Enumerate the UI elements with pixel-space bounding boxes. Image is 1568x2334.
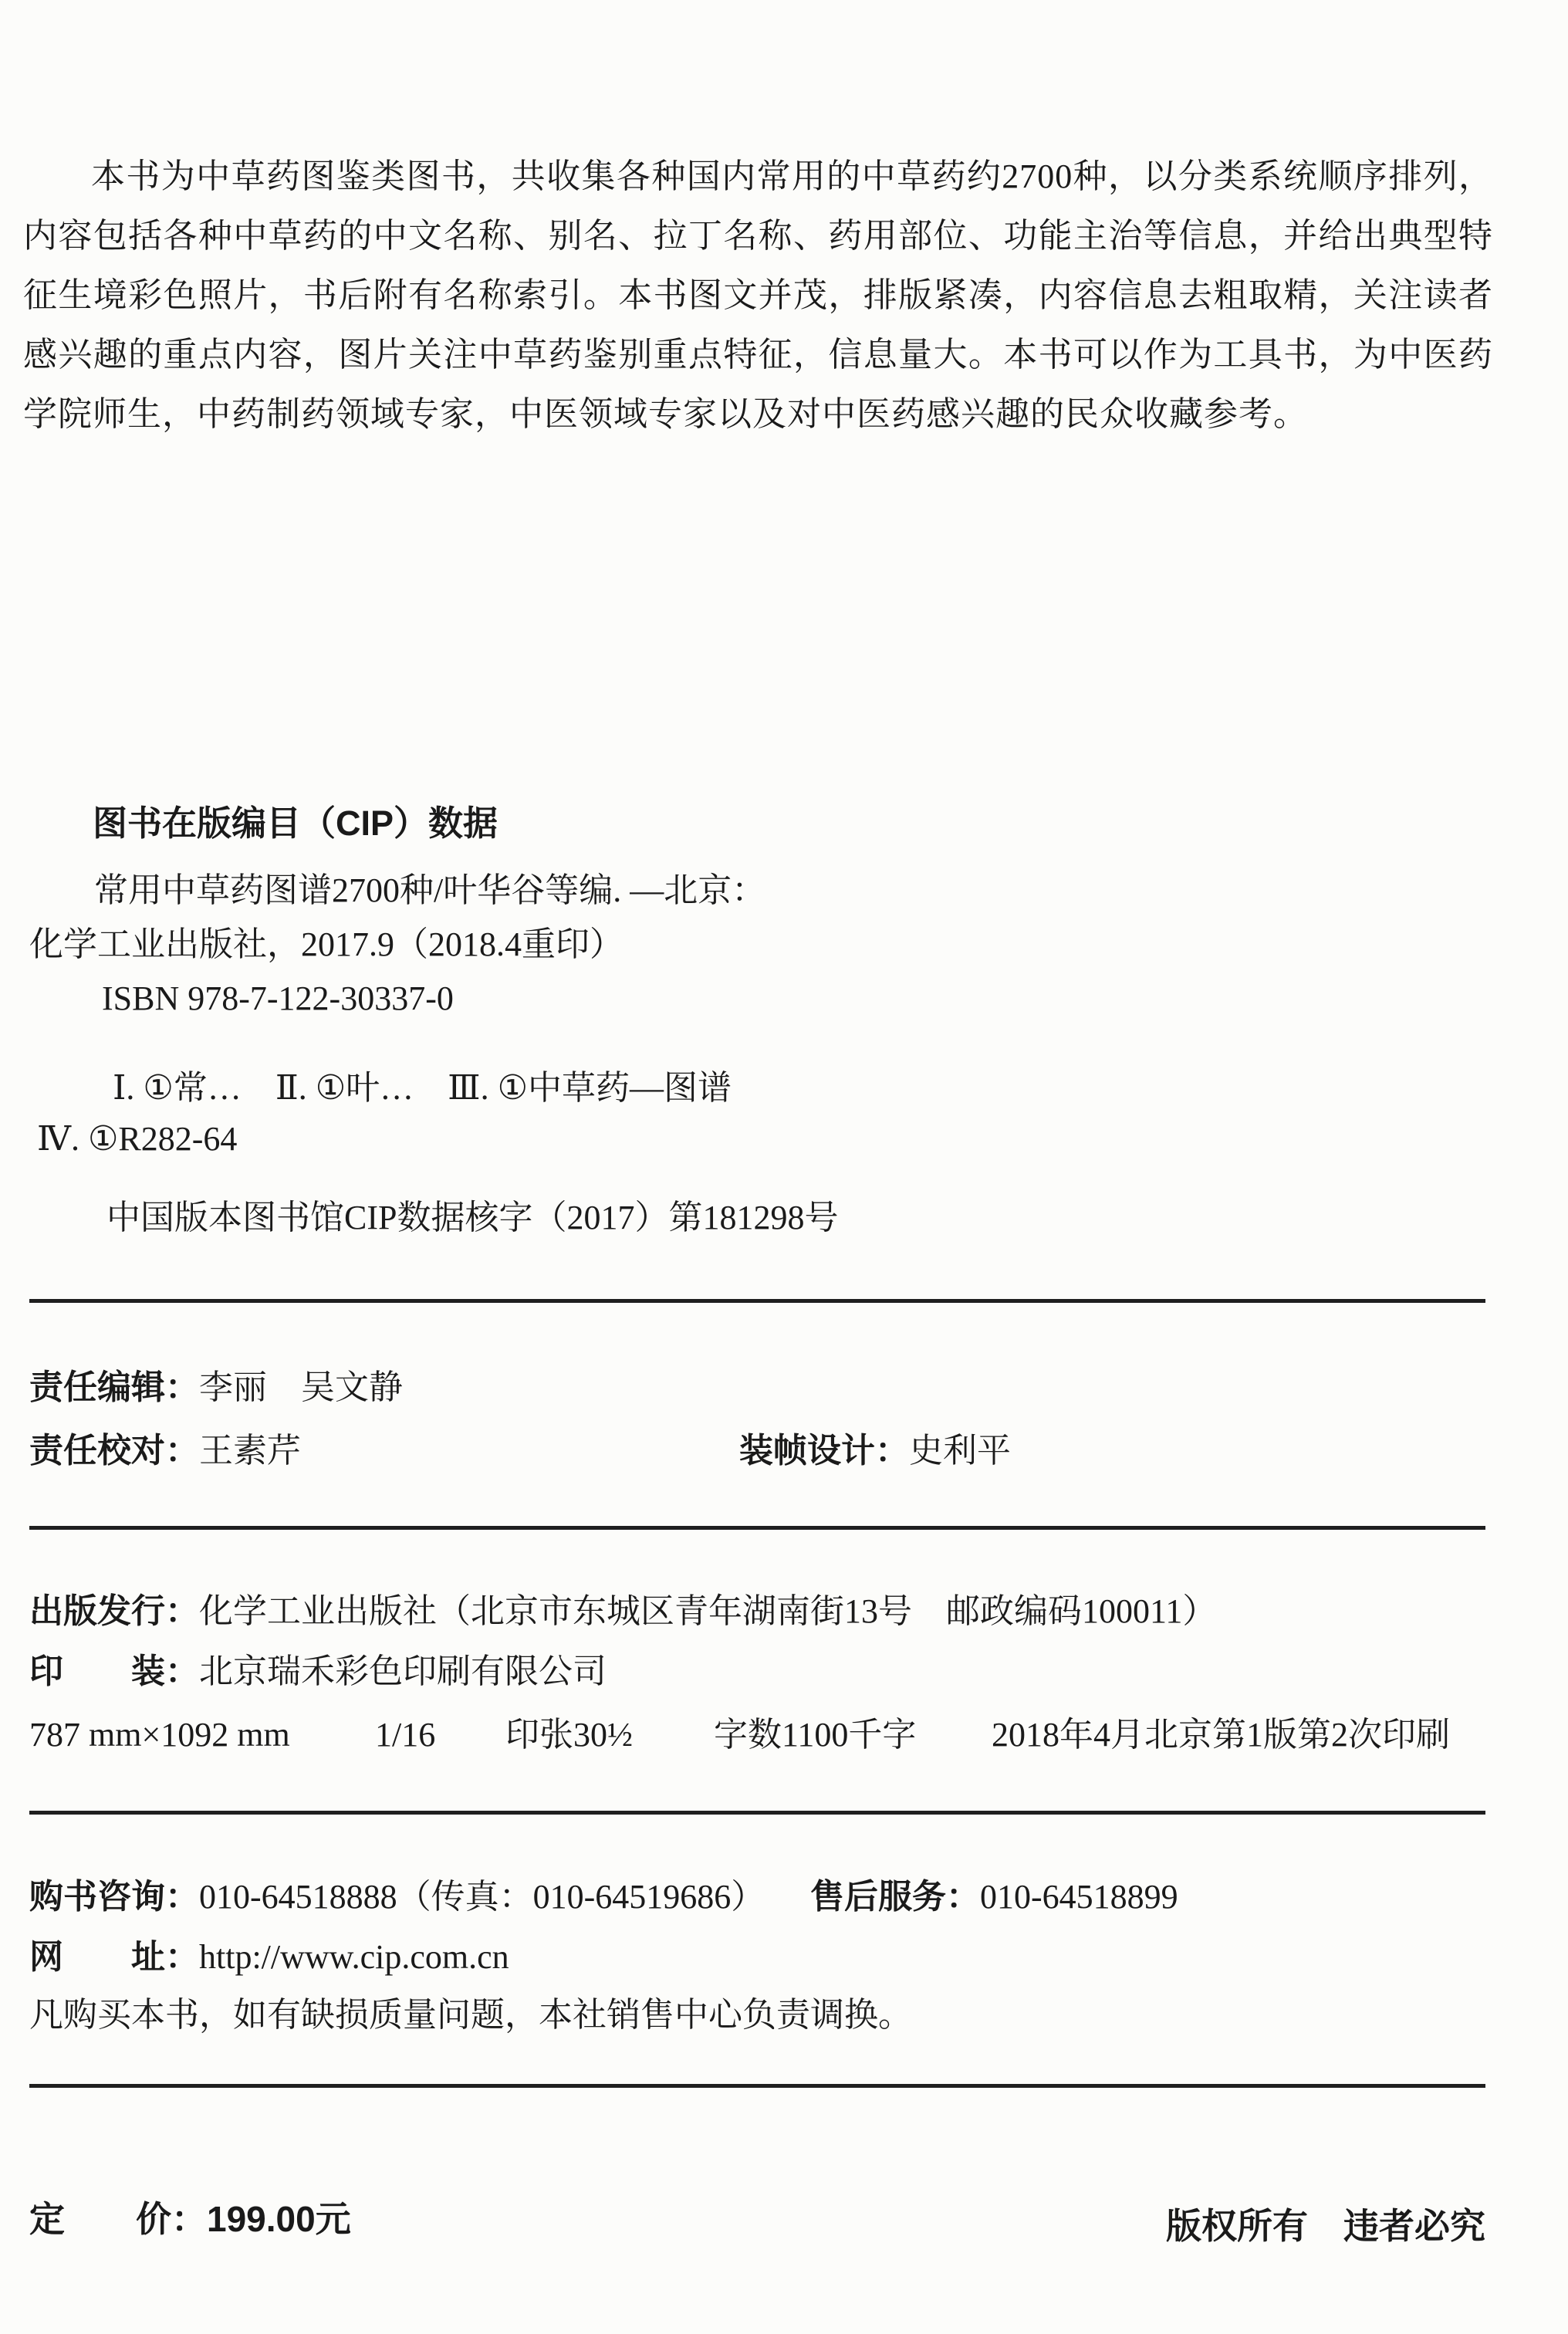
- word-count-spec: 字数1100千字: [714, 1715, 916, 1756]
- publisher-value: 化学工业出版社（北京市东城区青年湖南街13号 邮政编码100011）: [199, 1592, 1216, 1630]
- purchase-value: 010-64518888（传真：010-64519686）: [199, 1878, 765, 1916]
- cip-record-line: 中国版本图书馆CIP数据核字（2017）第181298号: [106, 1198, 838, 1239]
- website-label: 网 址：: [29, 1938, 199, 1976]
- publisher-label: 出版发行：: [29, 1592, 199, 1630]
- book-intro-paragraph: 本书为中草药图鉴类图书，共收集各种国内常用的中草药约2700种，以分类系统顺序排…: [23, 147, 1493, 444]
- printer-label: 印 装：: [29, 1652, 199, 1690]
- horizontal-rule-1: [29, 1299, 1485, 1303]
- cip-publisher-line: 化学工业出版社，2017.9（2018.4重印）: [29, 925, 623, 966]
- cip-class-line-1: Ⅰ. ①常… Ⅱ. ①叶… Ⅲ. ①中草药—图谱: [113, 1068, 732, 1109]
- cip-heading: 图书在版编目（CIP）数据: [93, 803, 498, 844]
- price-value: 199.00元: [207, 2199, 351, 2239]
- publisher-line: 出版发行：化学工业出版社（北京市东城区青年湖南街13号 邮政编码100011）: [29, 1592, 1216, 1632]
- designer-line: 装帧设计：史利平: [739, 1431, 1011, 1472]
- book-copyright-page: 本书为中草药图鉴类图书，共收集各种国内常用的中草药约2700种，以分类系统顺序排…: [0, 0, 1568, 2334]
- editor-line: 责任编辑：李丽 吴文静: [29, 1368, 403, 1409]
- price-label: 定 价：: [29, 2199, 207, 2239]
- cip-class-line-2: Ⅳ. ①R282-64: [37, 1119, 237, 1160]
- designer-label: 装帧设计：: [739, 1432, 909, 1470]
- printer-value: 北京瑞禾彩色印刷有限公司: [199, 1652, 607, 1690]
- cip-title-line: 常用中草药图谱2700种/叶华谷等编. —北京：: [94, 871, 765, 912]
- service-label: 售后服务：: [810, 1878, 980, 1916]
- purchase-line: 购书咨询：010-64518888（传真：010-64519686）: [29, 1877, 765, 1918]
- designer-name: 史利平: [909, 1432, 1011, 1470]
- service-value: 010-64518899: [980, 1878, 1178, 1916]
- horizontal-rule-4: [29, 2084, 1485, 2088]
- proofreader-label: 责任校对：: [29, 1432, 199, 1470]
- proofreader-name: 王素芹: [199, 1432, 301, 1470]
- service-line: 售后服务：010-64518899: [810, 1877, 1178, 1918]
- horizontal-rule-3: [29, 1811, 1485, 1815]
- horizontal-rule-2: [29, 1526, 1485, 1530]
- copyright-notice: 版权所有 违者必究: [1166, 2198, 1485, 2249]
- sheets-spec: 印张30½: [505, 1715, 633, 1756]
- cip-isbn: ISBN 978-7-122-30337-0: [102, 979, 454, 1020]
- format-spec: 787 mm×1092 mm: [29, 1715, 290, 1756]
- edition-spec: 2018年4月北京第1版第2次印刷: [992, 1715, 1450, 1756]
- exchange-notice: 凡购买本书，如有缺损质量问题，本社销售中心负责调换。: [29, 1995, 912, 2036]
- proofreader-line: 责任校对：王素芹: [29, 1431, 301, 1472]
- price-line: 定 价：199.00元: [29, 2198, 351, 2241]
- editor-label: 责任编辑：: [29, 1368, 199, 1406]
- printer-line: 印 装：北京瑞禾彩色印刷有限公司: [29, 1652, 607, 1693]
- editor-names: 李丽 吴文静: [199, 1368, 403, 1406]
- folio-spec: 1/16: [375, 1715, 435, 1756]
- purchase-label: 购书咨询：: [29, 1878, 199, 1916]
- website-value: http://www.cip.com.cn: [199, 1938, 509, 1976]
- website-line: 网 址：http://www.cip.com.cn: [29, 1937, 509, 1978]
